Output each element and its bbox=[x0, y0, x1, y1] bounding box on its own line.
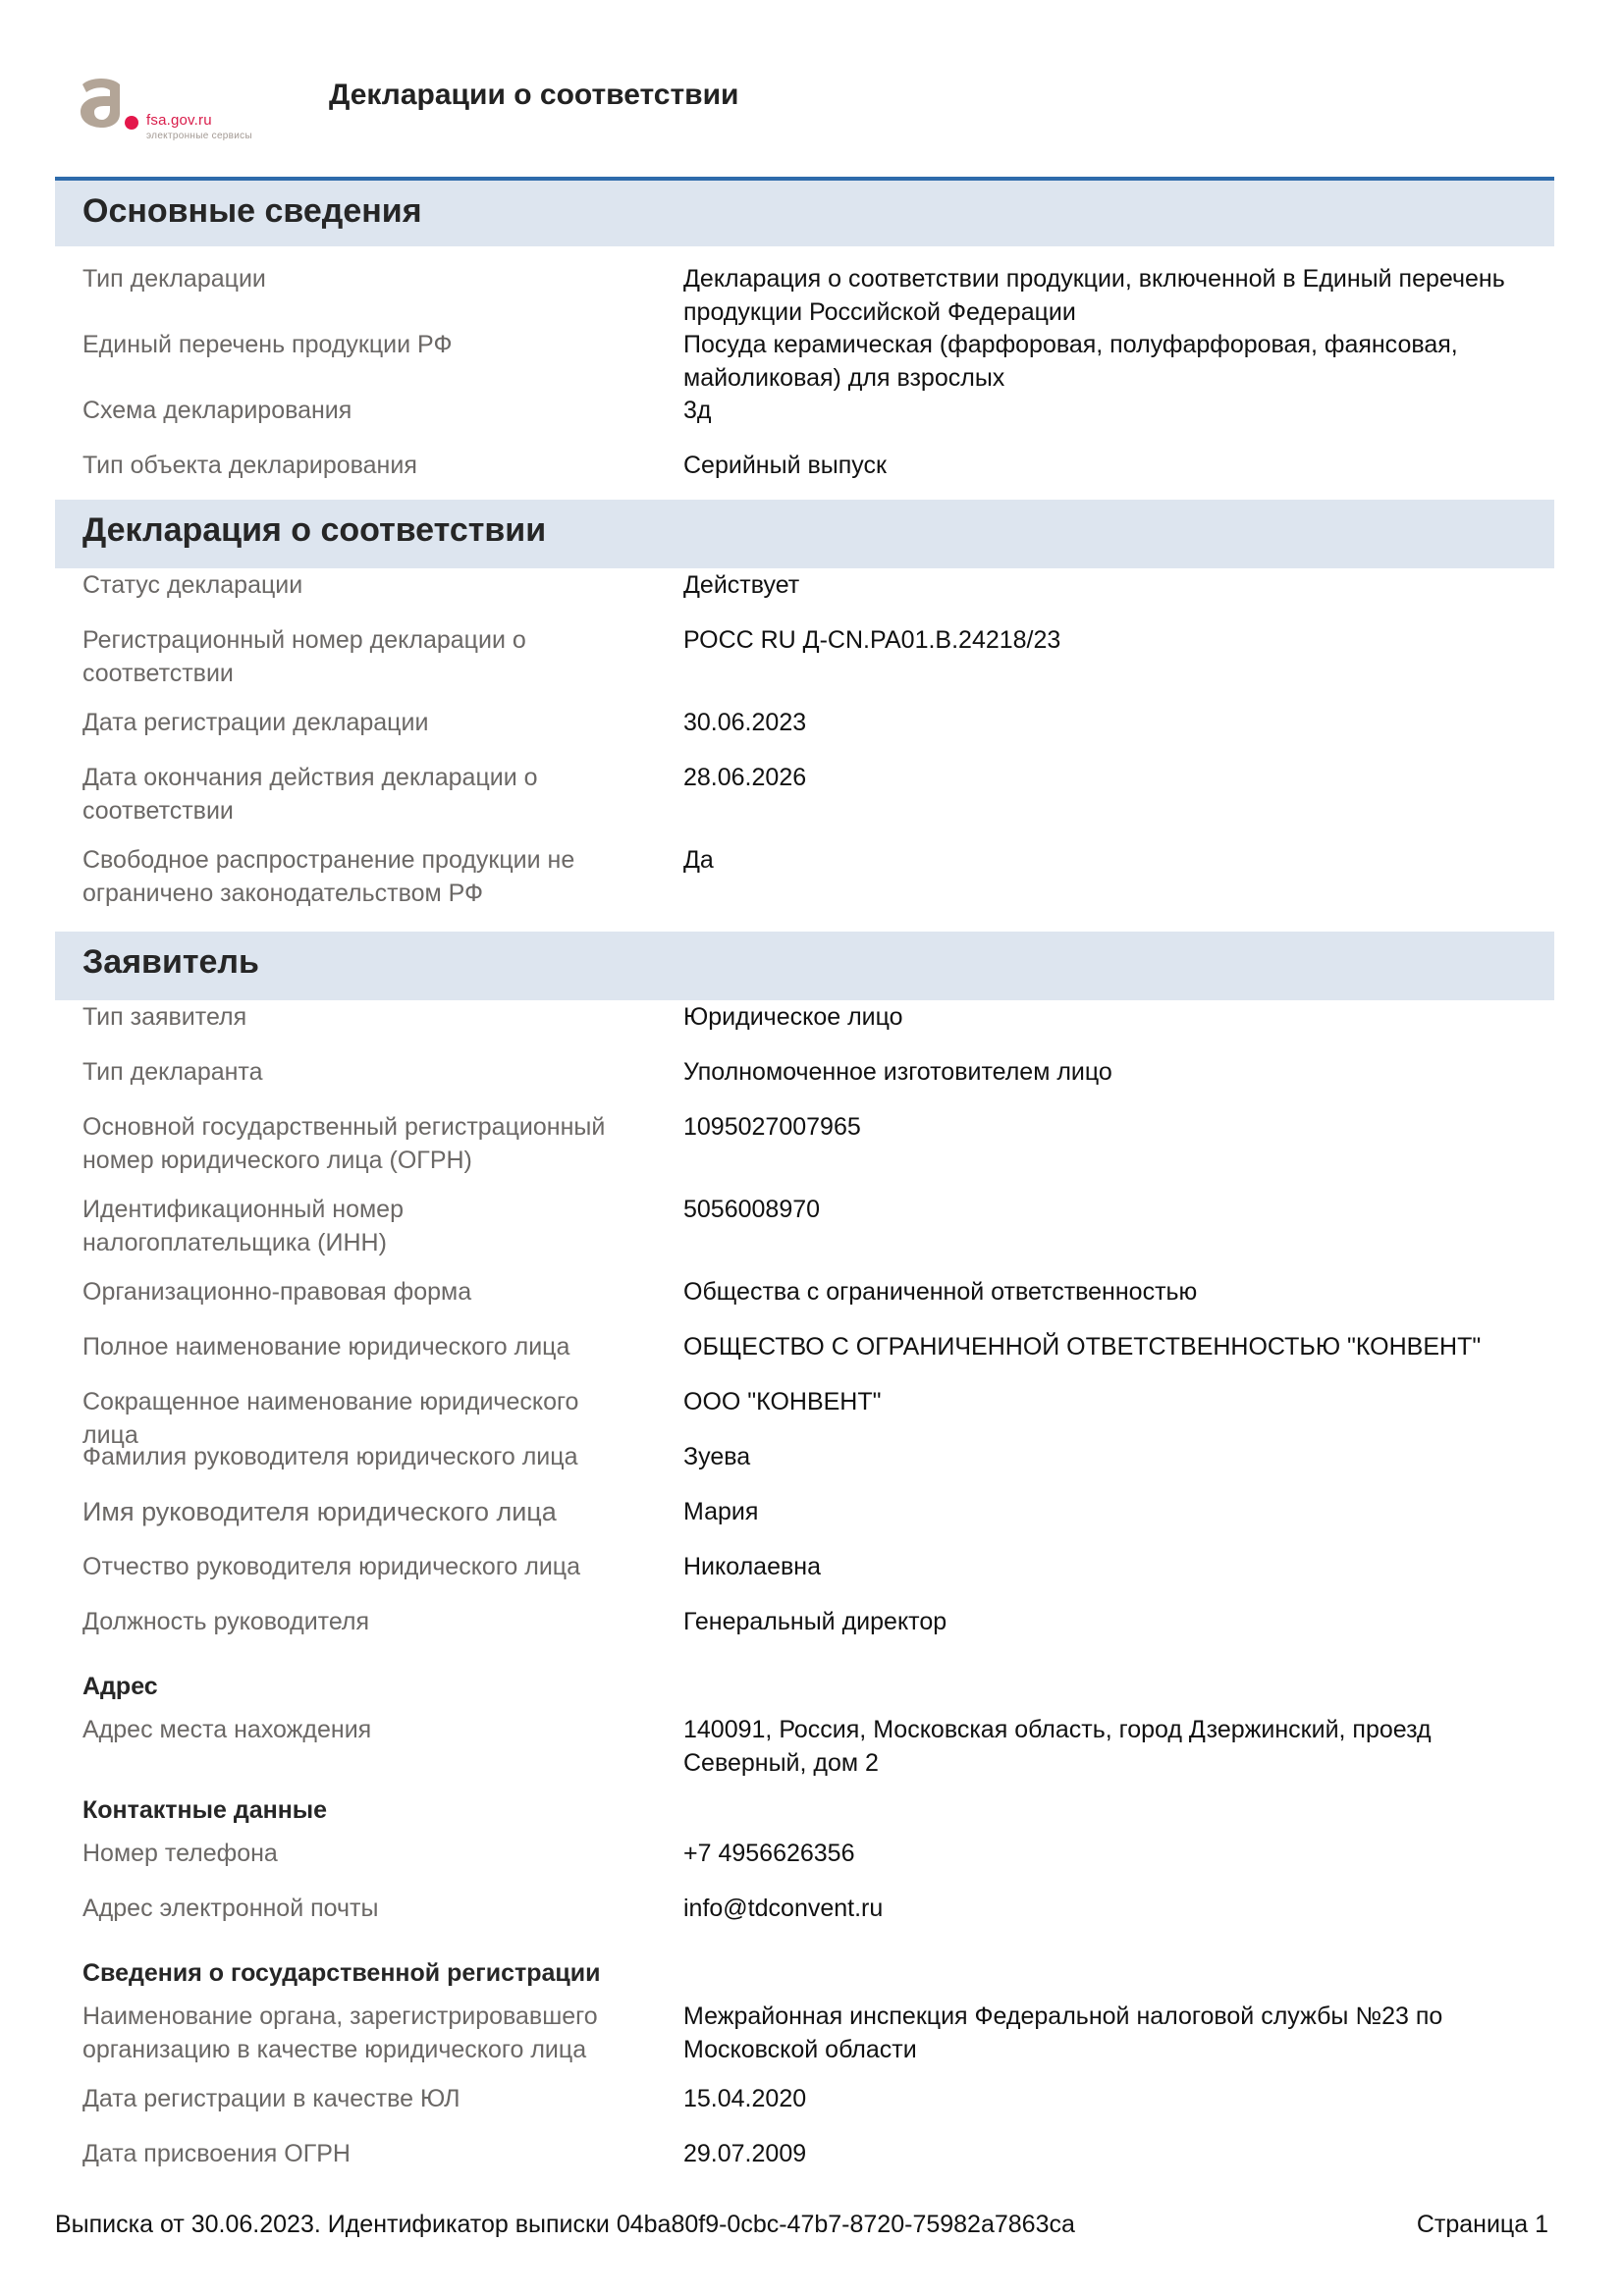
logo-subtitle: электронные сервисы bbox=[146, 131, 252, 141]
field-label: Дата присвоения ОГРН bbox=[55, 2137, 644, 2192]
field-value: ОБЩЕСТВО С ОГРАНИЧЕННОЙ ОТВЕТСТВЕННОСТЬЮ… bbox=[683, 1330, 1528, 1385]
field-row: Имя руководителя юридического лица Мария bbox=[55, 1495, 1554, 1550]
field-value: 29.07.2009 bbox=[683, 2137, 1528, 2192]
field-value: 30.06.2023 bbox=[683, 706, 1528, 761]
field-row: Тип декларации Декларация о соответствии… bbox=[55, 262, 1554, 328]
field-row: Тип заявителя Юридическое лицо bbox=[55, 1000, 1554, 1055]
field-row: Дата присвоения ОГРН 29.07.2009 bbox=[55, 2137, 1554, 2192]
field-row: Фамилия руководителя юридического лица З… bbox=[55, 1440, 1554, 1495]
field-label: Основной государственный регистрационный… bbox=[55, 1110, 644, 1193]
fsa-a-logo-icon bbox=[77, 75, 126, 130]
field-value: 28.06.2026 bbox=[683, 761, 1528, 843]
section-title: Основные сведения bbox=[82, 192, 422, 231]
document-header: fsa.gov.ru электронные сервисы Деклараци… bbox=[0, 0, 1623, 177]
field-row: Организационно-правовая форма Общества с… bbox=[55, 1275, 1554, 1330]
field-label: Адрес места нахождения bbox=[55, 1713, 644, 1793]
field-value: Действует bbox=[683, 568, 1528, 623]
field-row: Полное наименование юридического лица ОБ… bbox=[55, 1330, 1554, 1385]
email-value: info@tdconvent.ru bbox=[683, 1892, 1528, 1956]
field-value: Мария bbox=[683, 1495, 1528, 1550]
field-row: Наименование органа, зарегистрировавшего… bbox=[55, 2000, 1554, 2082]
field-value: Серийный выпуск bbox=[683, 449, 1528, 500]
field-value: Уполномоченное изготовителем лицо bbox=[683, 1055, 1528, 1110]
field-value: Николаевна bbox=[683, 1550, 1528, 1605]
subsection-title-address: Адрес bbox=[55, 1670, 1554, 1713]
field-row: Идентификационный номер налогоплательщик… bbox=[55, 1193, 1554, 1275]
fsa-logo: fsa.gov.ru электронные сервисы bbox=[77, 75, 273, 145]
document-content: Основные сведения Тип декларации Деклара… bbox=[55, 177, 1554, 2192]
field-label: Должность руководителя bbox=[55, 1605, 644, 1670]
field-row: Основной государственный регистрационный… bbox=[55, 1110, 1554, 1193]
field-row: Схема декларирования 3д bbox=[55, 394, 1554, 449]
field-value: Декларация о соответствии продукции, вкл… bbox=[683, 262, 1528, 328]
section-title: Заявитель bbox=[82, 943, 259, 982]
extract-info: Выписка от 30.06.2023. Идентификатор вып… bbox=[55, 2211, 1075, 2239]
field-row: Отчество руководителя юридического лица … bbox=[55, 1550, 1554, 1605]
field-label: Отчество руководителя юридического лица bbox=[55, 1550, 644, 1605]
field-row: Дата регистрации в качестве ЮЛ 15.04.202… bbox=[55, 2082, 1554, 2137]
field-value: Общества с ограниченной ответственностью bbox=[683, 1275, 1528, 1330]
field-row: Дата регистрации декларации 30.06.2023 bbox=[55, 706, 1554, 761]
field-value: 140091, Россия, Московская область, горо… bbox=[683, 1713, 1528, 1793]
page-title: Декларации о соответствии bbox=[329, 79, 739, 112]
section-header-declaration: Декларация о соответствии bbox=[55, 500, 1554, 568]
field-label: Организационно-правовая форма bbox=[55, 1275, 644, 1330]
field-row: Тип декларанта Уполномоченное изготовите… bbox=[55, 1055, 1554, 1110]
field-value: Юридическое лицо bbox=[683, 1000, 1528, 1055]
field-label: Дата регистрации в качестве ЮЛ bbox=[55, 2082, 644, 2137]
section-title: Декларация о соответствии bbox=[82, 511, 546, 550]
field-label: Тип заявителя bbox=[55, 1000, 644, 1055]
field-label: Фамилия руководителя юридического лица bbox=[55, 1440, 644, 1495]
field-label: Тип объекта декларирования bbox=[55, 449, 644, 500]
field-row: Регистрационный номер декларации о соотв… bbox=[55, 623, 1554, 706]
field-label: Наименование органа, зарегистрировавшего… bbox=[55, 2000, 644, 2082]
field-row: Единый перечень продукции РФ Посуда кера… bbox=[55, 328, 1554, 394]
field-value: 3д bbox=[683, 394, 1528, 449]
field-value: 1095027007965 bbox=[683, 1110, 1528, 1193]
page-number: Страница 1 bbox=[1417, 2211, 1548, 2239]
field-label: Регистрационный номер декларации о соотв… bbox=[55, 623, 644, 706]
field-row: Свободное распространение продукции не о… bbox=[55, 843, 1554, 932]
field-row: Должность руководителя Генеральный дирек… bbox=[55, 1605, 1554, 1670]
field-label: Тип декларации bbox=[55, 262, 644, 328]
field-label: Сокращенное наименование юридического ли… bbox=[55, 1385, 644, 1440]
logo-domain: fsa.gov.ru bbox=[146, 112, 212, 129]
field-label: Дата окончания действия декларации о соо… bbox=[55, 761, 644, 843]
field-row: Тип объекта декларирования Серийный выпу… bbox=[55, 449, 1554, 500]
field-row: Сокращенное наименование юридического ли… bbox=[55, 1385, 1554, 1440]
subsection-title-contacts: Контактные данные bbox=[55, 1793, 1554, 1837]
field-value: Посуда керамическая (фарфоровая, полуфар… bbox=[683, 328, 1528, 394]
logo-dot-icon bbox=[125, 116, 138, 130]
phone-value: +7 4956626356 bbox=[683, 1837, 1528, 1892]
field-label: Свободное распространение продукции не о… bbox=[55, 843, 644, 932]
field-row: Номер телефона +7 4956626356 bbox=[55, 1837, 1554, 1892]
field-value: 5056008970 bbox=[683, 1193, 1528, 1275]
field-row: Адрес места нахождения 140091, Россия, М… bbox=[55, 1713, 1554, 1793]
field-label: Адрес электронной почты bbox=[55, 1892, 644, 1956]
field-row: Статус декларации Действует bbox=[55, 568, 1554, 623]
field-label: Полное наименование юридического лица bbox=[55, 1330, 644, 1385]
subsection-title-registration: Сведения о государственной регистрации bbox=[55, 1956, 1554, 2000]
field-value: Да bbox=[683, 843, 1528, 932]
field-value: Зуева bbox=[683, 1440, 1528, 1495]
section-header-applicant: Заявитель bbox=[55, 932, 1554, 1000]
field-label: Дата регистрации декларации bbox=[55, 706, 644, 761]
field-row: Адрес электронной почты info@tdconvent.r… bbox=[55, 1892, 1554, 1956]
field-label: Идентификационный номер налогоплательщик… bbox=[55, 1193, 644, 1275]
field-value: 15.04.2020 bbox=[683, 2082, 1528, 2137]
field-value: ООО "КОНВЕНТ" bbox=[683, 1385, 1528, 1440]
field-value: Генеральный директор bbox=[683, 1605, 1528, 1670]
field-value: РОСС RU Д-CN.РА01.В.24218/23 bbox=[683, 623, 1528, 706]
section-header-basic: Основные сведения bbox=[55, 177, 1554, 246]
field-label: Имя руководителя юридического лица bbox=[55, 1495, 644, 1550]
field-label: Тип декларанта bbox=[55, 1055, 644, 1110]
field-label: Статус декларации bbox=[55, 568, 644, 623]
field-label: Схема декларирования bbox=[55, 394, 644, 449]
field-label: Единый перечень продукции РФ bbox=[55, 328, 644, 394]
field-value: Межрайонная инспекция Федеральной налого… bbox=[683, 2000, 1528, 2082]
field-row: Дата окончания действия декларации о соо… bbox=[55, 761, 1554, 843]
field-label: Номер телефона bbox=[55, 1837, 644, 1892]
